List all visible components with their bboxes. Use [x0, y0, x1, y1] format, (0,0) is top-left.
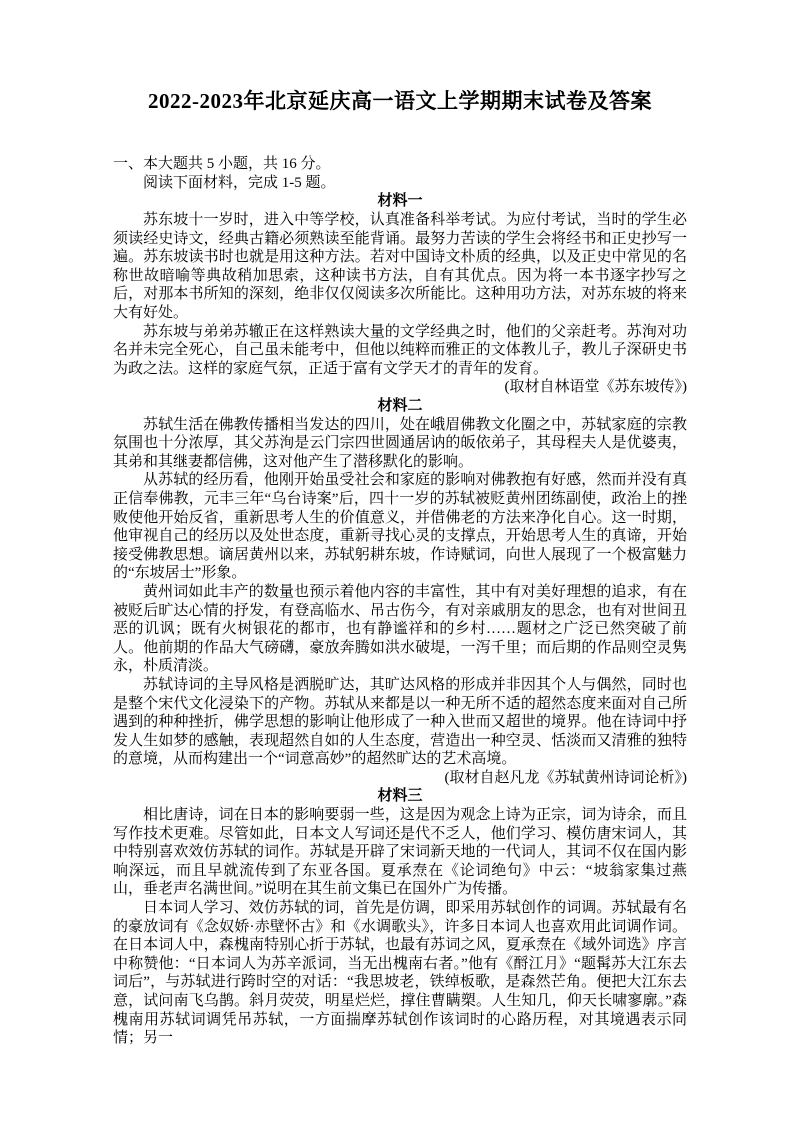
material-2-paragraph-3: 黄州词如此丰产的数量也预示着他内容的丰富性，其中有对美好理想的追求，有在被贬后旷…: [113, 583, 687, 676]
material-3-paragraph-1: 相比唐诗，词在日本的影响要弱一些，这是因为观念上诗为正宗，词为诗余，而且写作技术…: [113, 806, 687, 899]
document-title: 2022-2023年北京延庆高一语文上学期期末试卷及答案: [113, 88, 687, 115]
section-instruction: 阅读下面材料，完成 1-5 题。: [113, 174, 687, 193]
section-header: 一、本大题共 5 小题，共 16 分。: [113, 155, 687, 174]
material-1-heading: 材料一: [113, 192, 687, 211]
document-page: 2022-2023年北京延庆高一语文上学期期末试卷及答案 一、本大题共 5 小题…: [0, 0, 794, 1123]
document-body: 一、本大题共 5 小题，共 16 分。 阅读下面材料，完成 1-5 题。 材料一…: [113, 155, 687, 1048]
material-3-heading: 材料三: [113, 787, 687, 806]
material-1-paragraph-2: 苏东坡与弟弟苏辙正在这样熟读大量的文学经典之时，他们的父亲赶考。苏洵对功名并未完…: [113, 323, 687, 379]
material-2-paragraph-1: 苏轼生活在佛教传播相当发达的四川，处在峨眉佛教文化圈之中，苏轼家庭的宗教氛围也十…: [113, 416, 687, 472]
material-2-attribution: (取材自赵凡龙《苏轼黄州诗词论析》): [113, 769, 687, 788]
material-2-paragraph-2: 从苏轼的经历看，他刚开始虽受社会和家庭的影响对佛教抱有好感，然而并没有真正信奉佛…: [113, 471, 687, 583]
material-3-paragraph-2: 日本词人学习、效仿苏轼的词，首先是仿调，即采用苏轼创作的词调。苏轼最有名的豪放词…: [113, 899, 687, 1048]
material-1-paragraph-1: 苏东坡十一岁时，进入中等学校，认真准备科举考试。为应付考试，当时的学生必须读经史…: [113, 211, 687, 323]
material-2-heading: 材料二: [113, 397, 687, 416]
material-1-attribution: (取材自林语堂《苏东坡传》): [113, 378, 687, 397]
material-2-paragraph-4: 苏轼诗词的主导风格是洒脱旷达，其旷达风格的形成并非因其个人与偶然，同时也是整个宋…: [113, 676, 687, 769]
